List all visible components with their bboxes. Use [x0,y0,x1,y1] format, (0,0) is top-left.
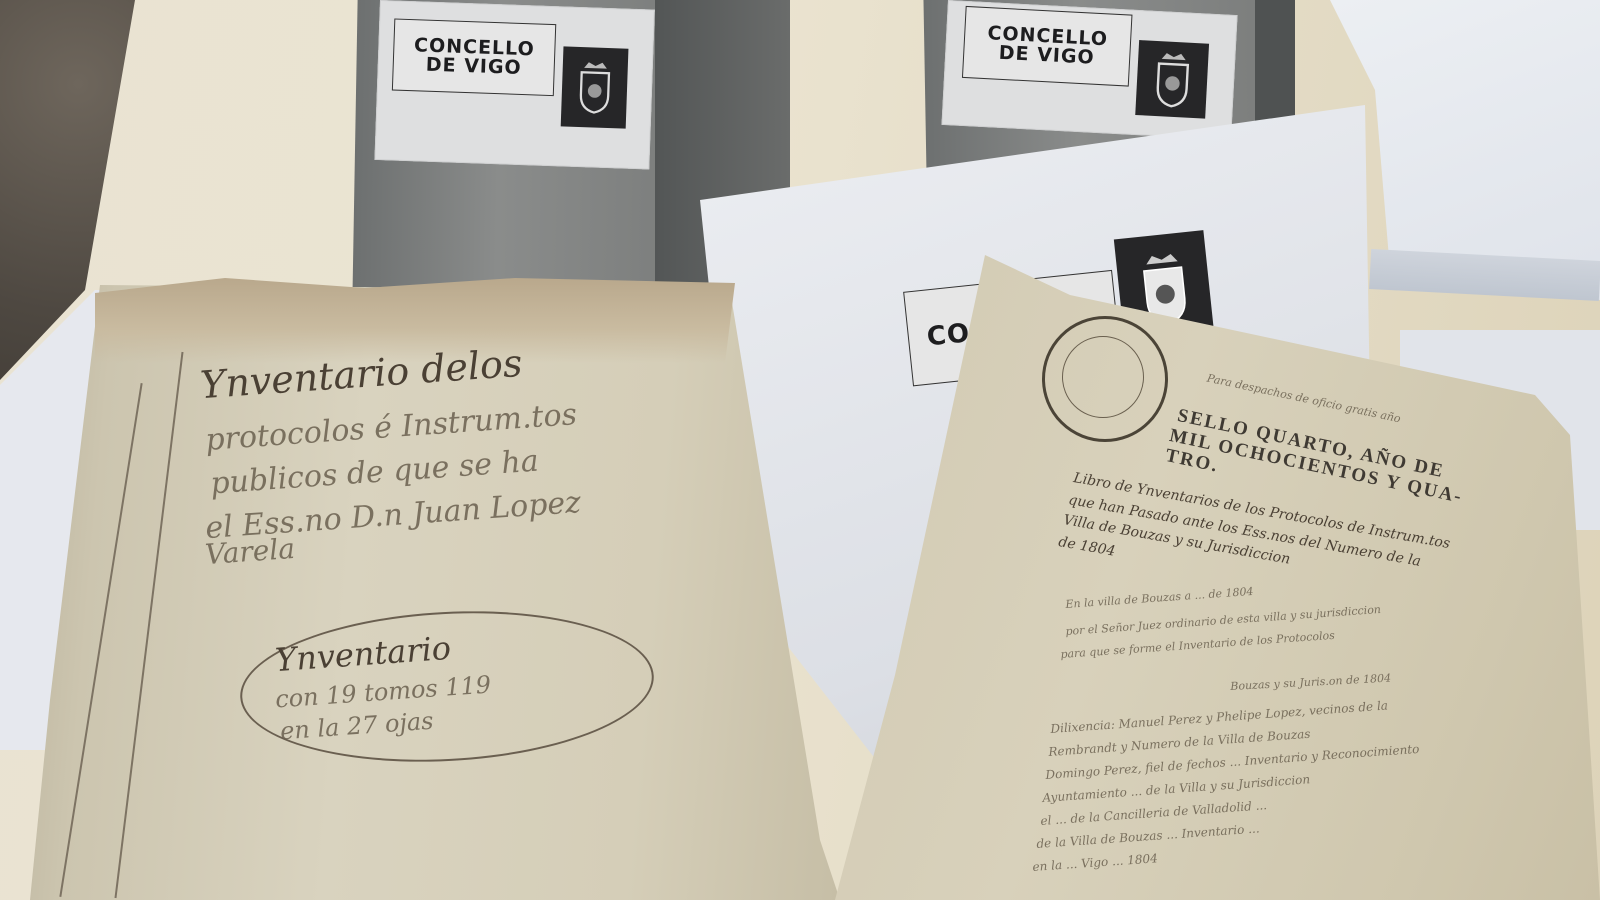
logo-line2: DE VIGO [413,55,534,78]
binder-label-left: CONCELLO DE VIGO [374,0,654,169]
binder-label-right: CONCELLO DE VIGO [941,0,1237,140]
concello-logo-box: CONCELLO DE VIGO [962,6,1133,87]
logo-partial-text: CO [926,320,972,350]
concello-logo-box: CONCELLO DE VIGO [392,19,556,97]
seal-inner-ring [1062,336,1144,418]
logo-line2: DE VIGO [986,43,1107,68]
vigo-crest-icon [1135,40,1209,119]
vigo-crest-icon [561,46,629,128]
manuscript-title-line: Varela [204,532,296,571]
